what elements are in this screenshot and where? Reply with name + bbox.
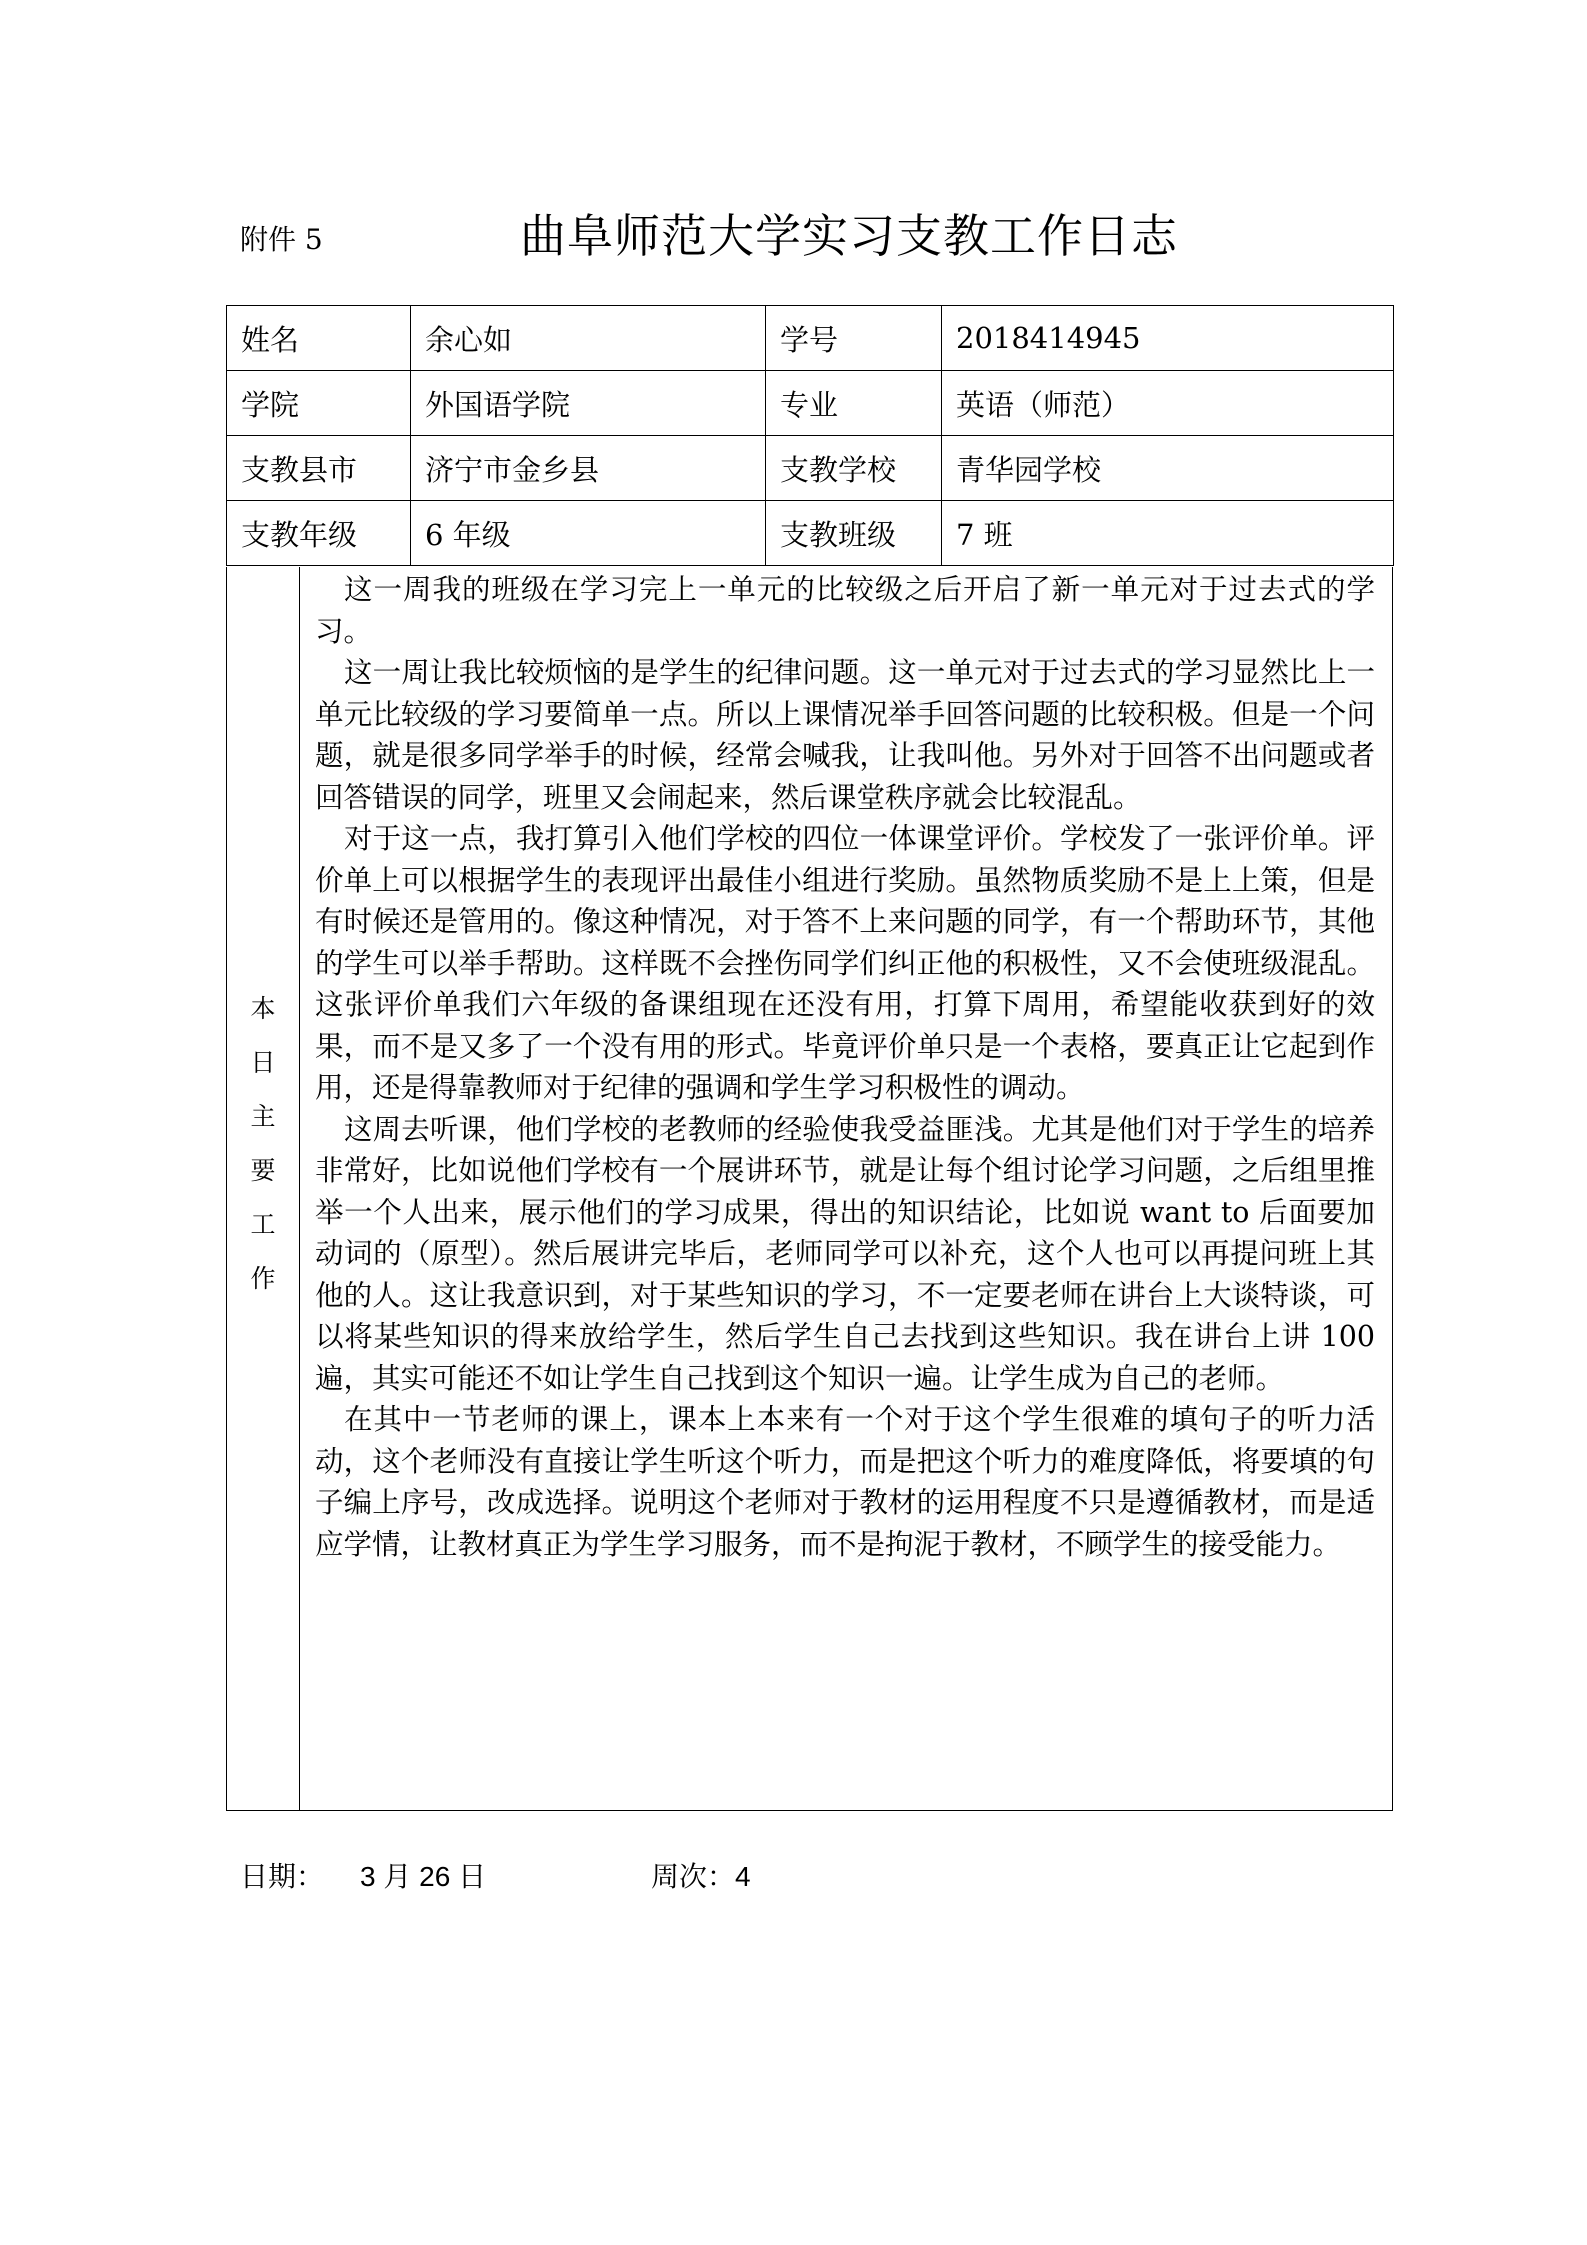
daily-work-section: 本 日 主 要 工 作 这一周我的班级在学习完上一单元的比较级之后开启了新一单元… bbox=[226, 567, 1393, 1811]
work-paragraph: 对于这一点，我打算引入他们学校的四位一体课堂评价。学校发了一张评价单。评价单上可… bbox=[315, 818, 1375, 1109]
side-char: 本 bbox=[227, 982, 299, 1036]
label-student-id: 学号 bbox=[766, 306, 942, 371]
info-row-name: 姓名 余心如 学号 2018414945 bbox=[227, 306, 1394, 371]
label-class: 支教班级 bbox=[766, 501, 942, 566]
value-grade: 6 年级 bbox=[411, 501, 766, 566]
info-row-county: 支教县市 济宁市金乡县 支教学校 青华园学校 bbox=[227, 436, 1394, 501]
value-student-id: 2018414945 bbox=[942, 306, 1394, 371]
label-county: 支教县市 bbox=[227, 436, 411, 501]
label-name: 姓名 bbox=[227, 306, 411, 371]
work-paragraph: 这一周我的班级在学习完上一单元的比较级之后开启了新一单元对于过去式的学习。 bbox=[315, 569, 1375, 652]
daily-work-side-column: 本 日 主 要 工 作 bbox=[227, 567, 300, 1810]
date-field: 日期：3 月 26 日 bbox=[240, 1855, 486, 1895]
info-row-grade: 支教年级 6 年级 支教班级 7 班 bbox=[227, 501, 1394, 566]
value-county: 济宁市金乡县 bbox=[411, 436, 766, 501]
week-field: 周次：4 bbox=[651, 1855, 751, 1895]
value-college: 外国语学院 bbox=[411, 371, 766, 436]
value-major: 英语（师范） bbox=[942, 371, 1394, 436]
label-major: 专业 bbox=[766, 371, 942, 436]
work-paragraph: 这一周让我比较烦恼的是学生的纪律问题。这一单元对于过去式的学习显然比上一单元比较… bbox=[315, 652, 1375, 818]
attachment-label: 附件 5 bbox=[240, 218, 323, 258]
info-row-college: 学院 外国语学院 专业 英语（师范） bbox=[227, 371, 1394, 436]
side-char: 要 bbox=[227, 1144, 299, 1198]
label-college: 学院 bbox=[227, 371, 411, 436]
side-char: 作 bbox=[227, 1252, 299, 1306]
document-title: 曲阜师范大学实习支教工作日志 bbox=[520, 200, 1178, 266]
week-label: 周次： bbox=[651, 1860, 735, 1893]
side-char: 工 bbox=[227, 1198, 299, 1252]
week-value: 4 bbox=[735, 1861, 751, 1892]
label-grade: 支教年级 bbox=[227, 501, 411, 566]
work-paragraph: 这周去听课，他们学校的老教师的经验使我受益匪浅。尤其是他们对于学生的培养非常好，… bbox=[315, 1109, 1375, 1400]
side-char: 日 bbox=[227, 1036, 299, 1090]
work-paragraph: 在其中一节老师的课上，课本上本来有一个对于这个学生很难的填句子的听力活动，这个老… bbox=[315, 1399, 1375, 1565]
value-school: 青华园学校 bbox=[942, 436, 1394, 501]
value-name: 余心如 bbox=[411, 306, 766, 371]
daily-work-content: 这一周我的班级在学习完上一单元的比较级之后开启了新一单元对于过去式的学习。 这一… bbox=[315, 569, 1375, 1565]
side-char: 主 bbox=[227, 1090, 299, 1144]
daily-work-label: 本 日 主 要 工 作 bbox=[227, 982, 299, 1306]
date-label: 日期： bbox=[240, 1860, 324, 1893]
student-info-table: 姓名 余心如 学号 2018414945 学院 外国语学院 专业 英语（师范） … bbox=[226, 305, 1394, 566]
label-school: 支教学校 bbox=[766, 436, 942, 501]
value-class: 7 班 bbox=[942, 501, 1394, 566]
date-value: 3 月 26 日 bbox=[360, 1861, 486, 1892]
